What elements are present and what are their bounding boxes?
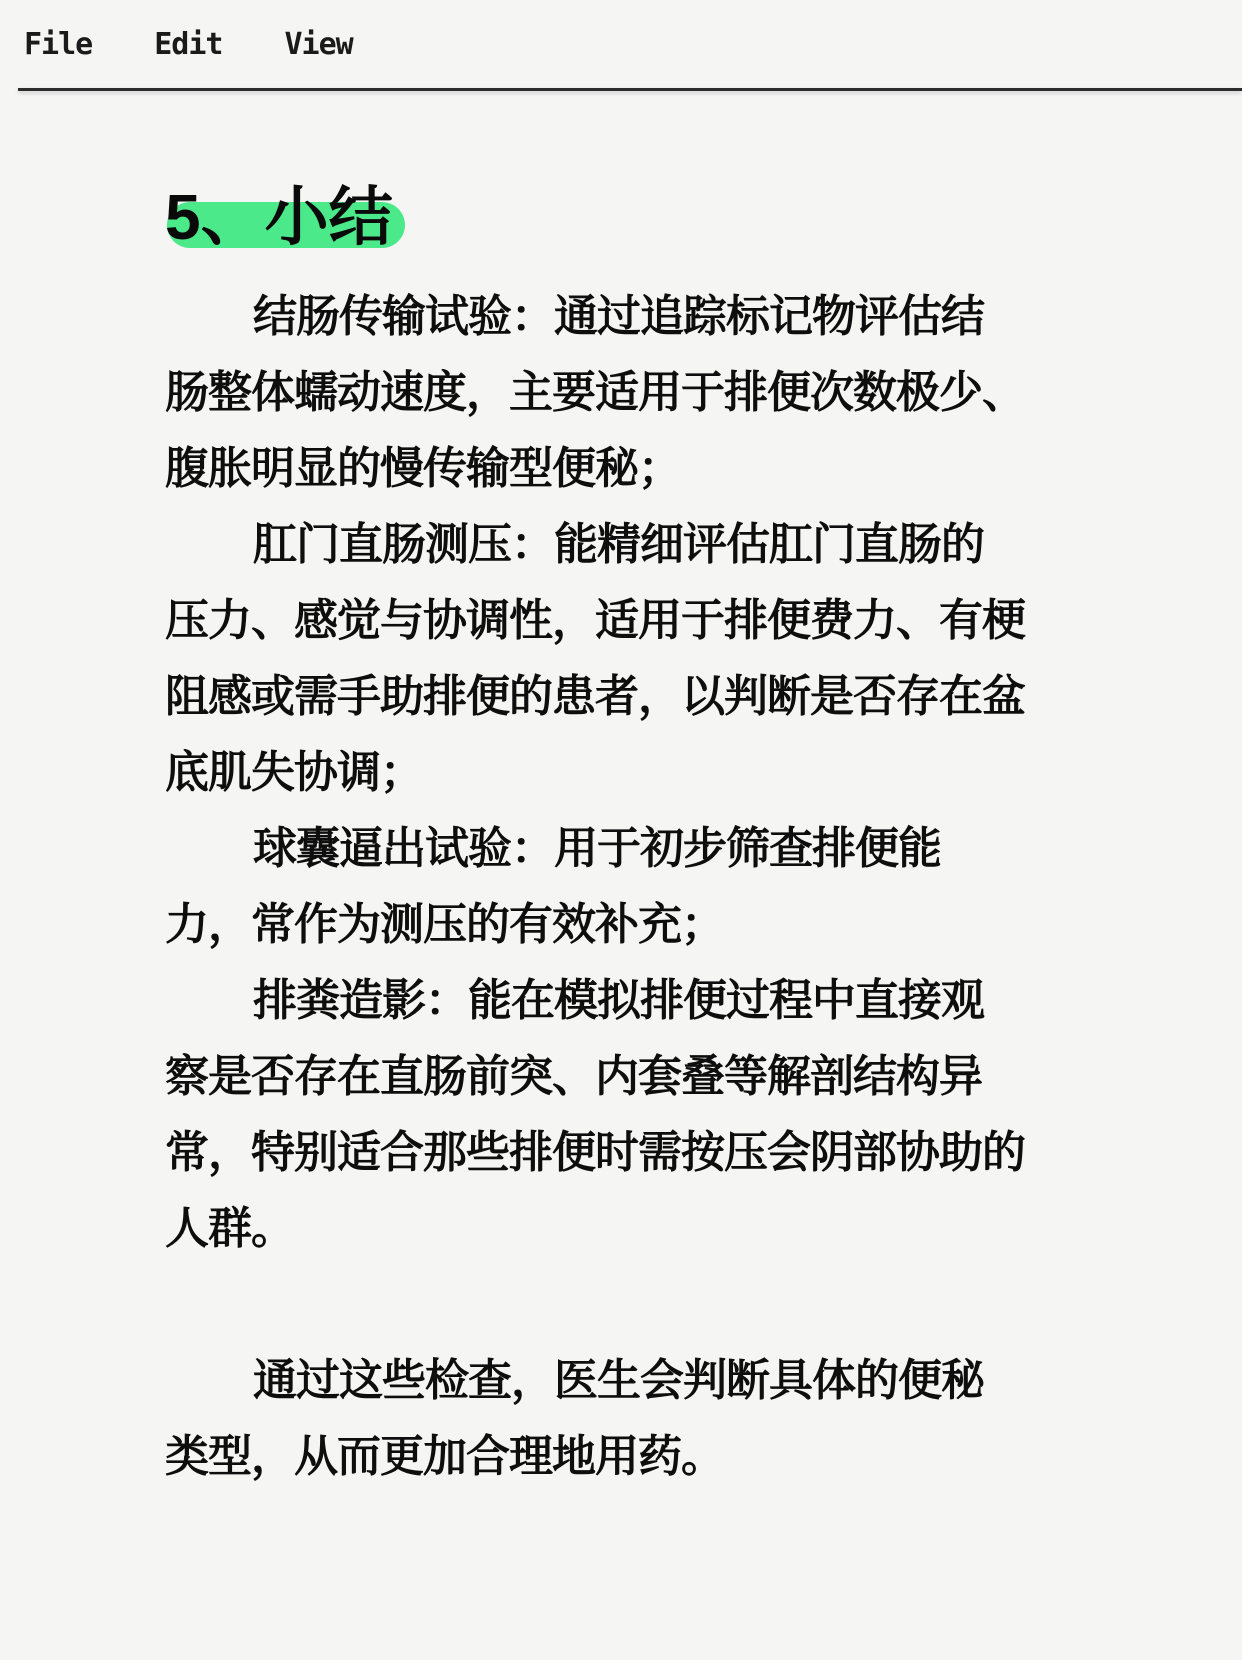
menu-bar: File Edit View	[0, 0, 1242, 88]
menu-edit[interactable]: Edit	[154, 27, 222, 62]
document-content: 5、小结 结肠传输试验：通过追踪标记物评估结 肠整体蠕动速度，主要适用于排便次数…	[0, 91, 1242, 1495]
paragraph-list: 结肠传输试验：通过追踪标记物评估结 肠整体蠕动速度，主要适用于排便次数极少、 腹…	[165, 279, 1182, 1495]
menu-view[interactable]: View	[285, 27, 353, 62]
paragraph: 结肠传输试验：通过追踪标记物评估结 肠整体蠕动速度，主要适用于排便次数极少、 腹…	[165, 279, 1182, 507]
section-heading: 5、小结	[165, 185, 393, 249]
paragraph: 肛门直肠测压：能精细评估肛门直肠的 压力、感觉与协调性，适用于排便费力、有梗 阻…	[165, 507, 1182, 811]
paragraph: 排粪造影：能在模拟排便过程中直接观 察是否存在直肠前突、内套叠等解剖结构异 常，…	[165, 963, 1182, 1267]
menu-file[interactable]: File	[24, 27, 92, 62]
paragraph: 球囊逼出试验：用于初步筛查排便能 力，常作为测压的有效补充；	[165, 811, 1182, 963]
section-heading-text: 5、小结	[165, 185, 393, 249]
paragraph: 通过这些检查，医生会判断具体的便秘 类型，从而更加合理地用药。	[165, 1343, 1182, 1495]
